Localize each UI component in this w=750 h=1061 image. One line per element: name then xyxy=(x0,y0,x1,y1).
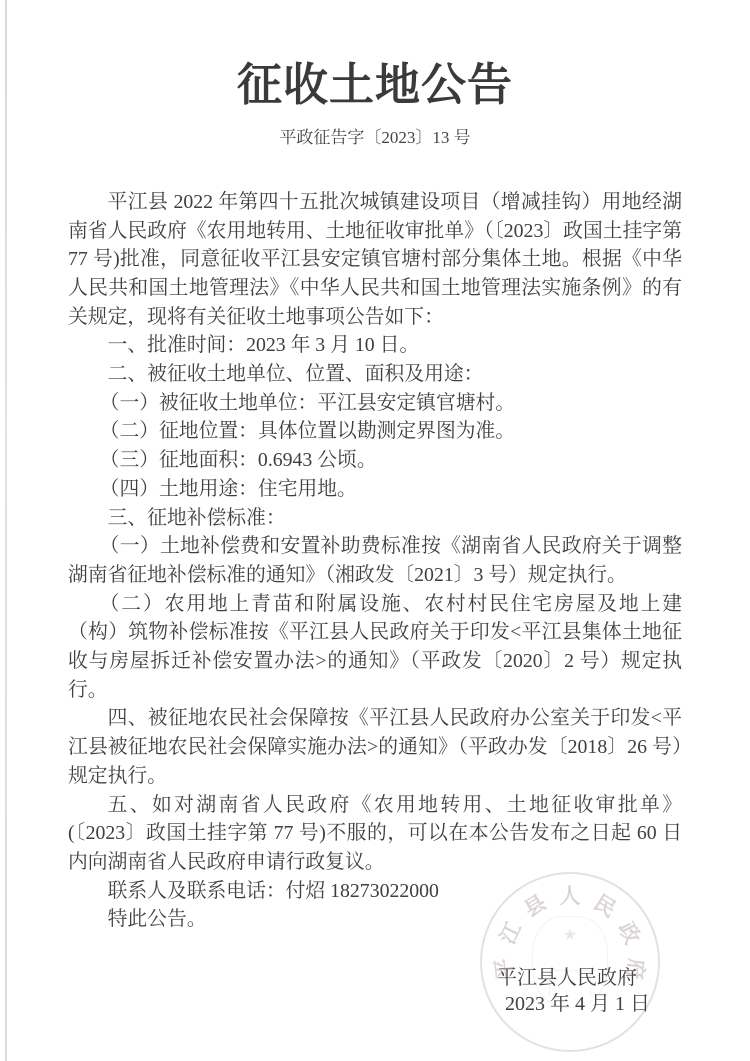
paragraph-compensation-1: （一）土地补偿费和安置补助费标准按《湖南省人民政府关于调整湖南省征地补偿标准的通… xyxy=(68,532,682,589)
paragraph-land-location: （二）征地位置：具体位置以勘测定界图为准。 xyxy=(68,417,682,446)
scan-edge-line xyxy=(5,0,7,1061)
document-page: 征收土地公告 平政征告字〔2023〕13 号 平江县 2022 年第四十五批次城… xyxy=(0,0,750,1061)
paragraph-land-use: （四）土地用途：住宅用地。 xyxy=(68,475,682,504)
document-number: 平政征告字〔2023〕13 号 xyxy=(0,126,750,150)
paragraph-intro: 平江县 2022 年第四十五批次城镇建设项目（增减挂钩）用地经湖南省人民政府《农… xyxy=(68,188,682,332)
paragraph-approval-time: 一、批准时间：2023 年 3 月 10 日。 xyxy=(68,331,682,360)
paragraph-compensation-heading: 三、征地补偿标准： xyxy=(68,504,682,533)
paragraph-land-area: （三）征地面积：0.6943 公顷。 xyxy=(68,446,682,475)
signature-block: 平江县人民政府 2023 年 4 月 1 日 xyxy=(0,965,750,1017)
signature-date: 2023 年 4 月 1 日 xyxy=(0,991,650,1017)
signature-name: 平江县人民政府 xyxy=(0,965,637,991)
paragraph-contact: 联系人及联系电话：付炤 18273022000 xyxy=(68,877,682,906)
paragraph-social-security: 四、被征地农民社会保障按《平江县人民政府办公室关于印发<平江县被征地农民社会保障… xyxy=(68,704,682,790)
paragraph-compensation-2: （二）农用地上青苗和附属设施、农村村民住宅房屋及地上建（构）筑物补偿标准按《平江… xyxy=(68,590,682,705)
paragraph-appeal: 五、如对湖南省人民政府《农用地转用、土地征收审批单》(〔2023〕政国土挂字第 … xyxy=(68,791,682,877)
document-body: 平江县 2022 年第四十五批次城镇建设项目（增减挂钩）用地经湖南省人民政府《农… xyxy=(68,188,682,934)
page-title: 征收土地公告 xyxy=(0,58,750,112)
paragraph-land-info-heading: 二、被征收土地单位、位置、面积及用途： xyxy=(68,360,682,389)
paragraph-land-unit: （一）被征收土地单位：平江县安定镇官塘村。 xyxy=(68,389,682,418)
paragraph-closing: 特此公告。 xyxy=(68,905,682,934)
